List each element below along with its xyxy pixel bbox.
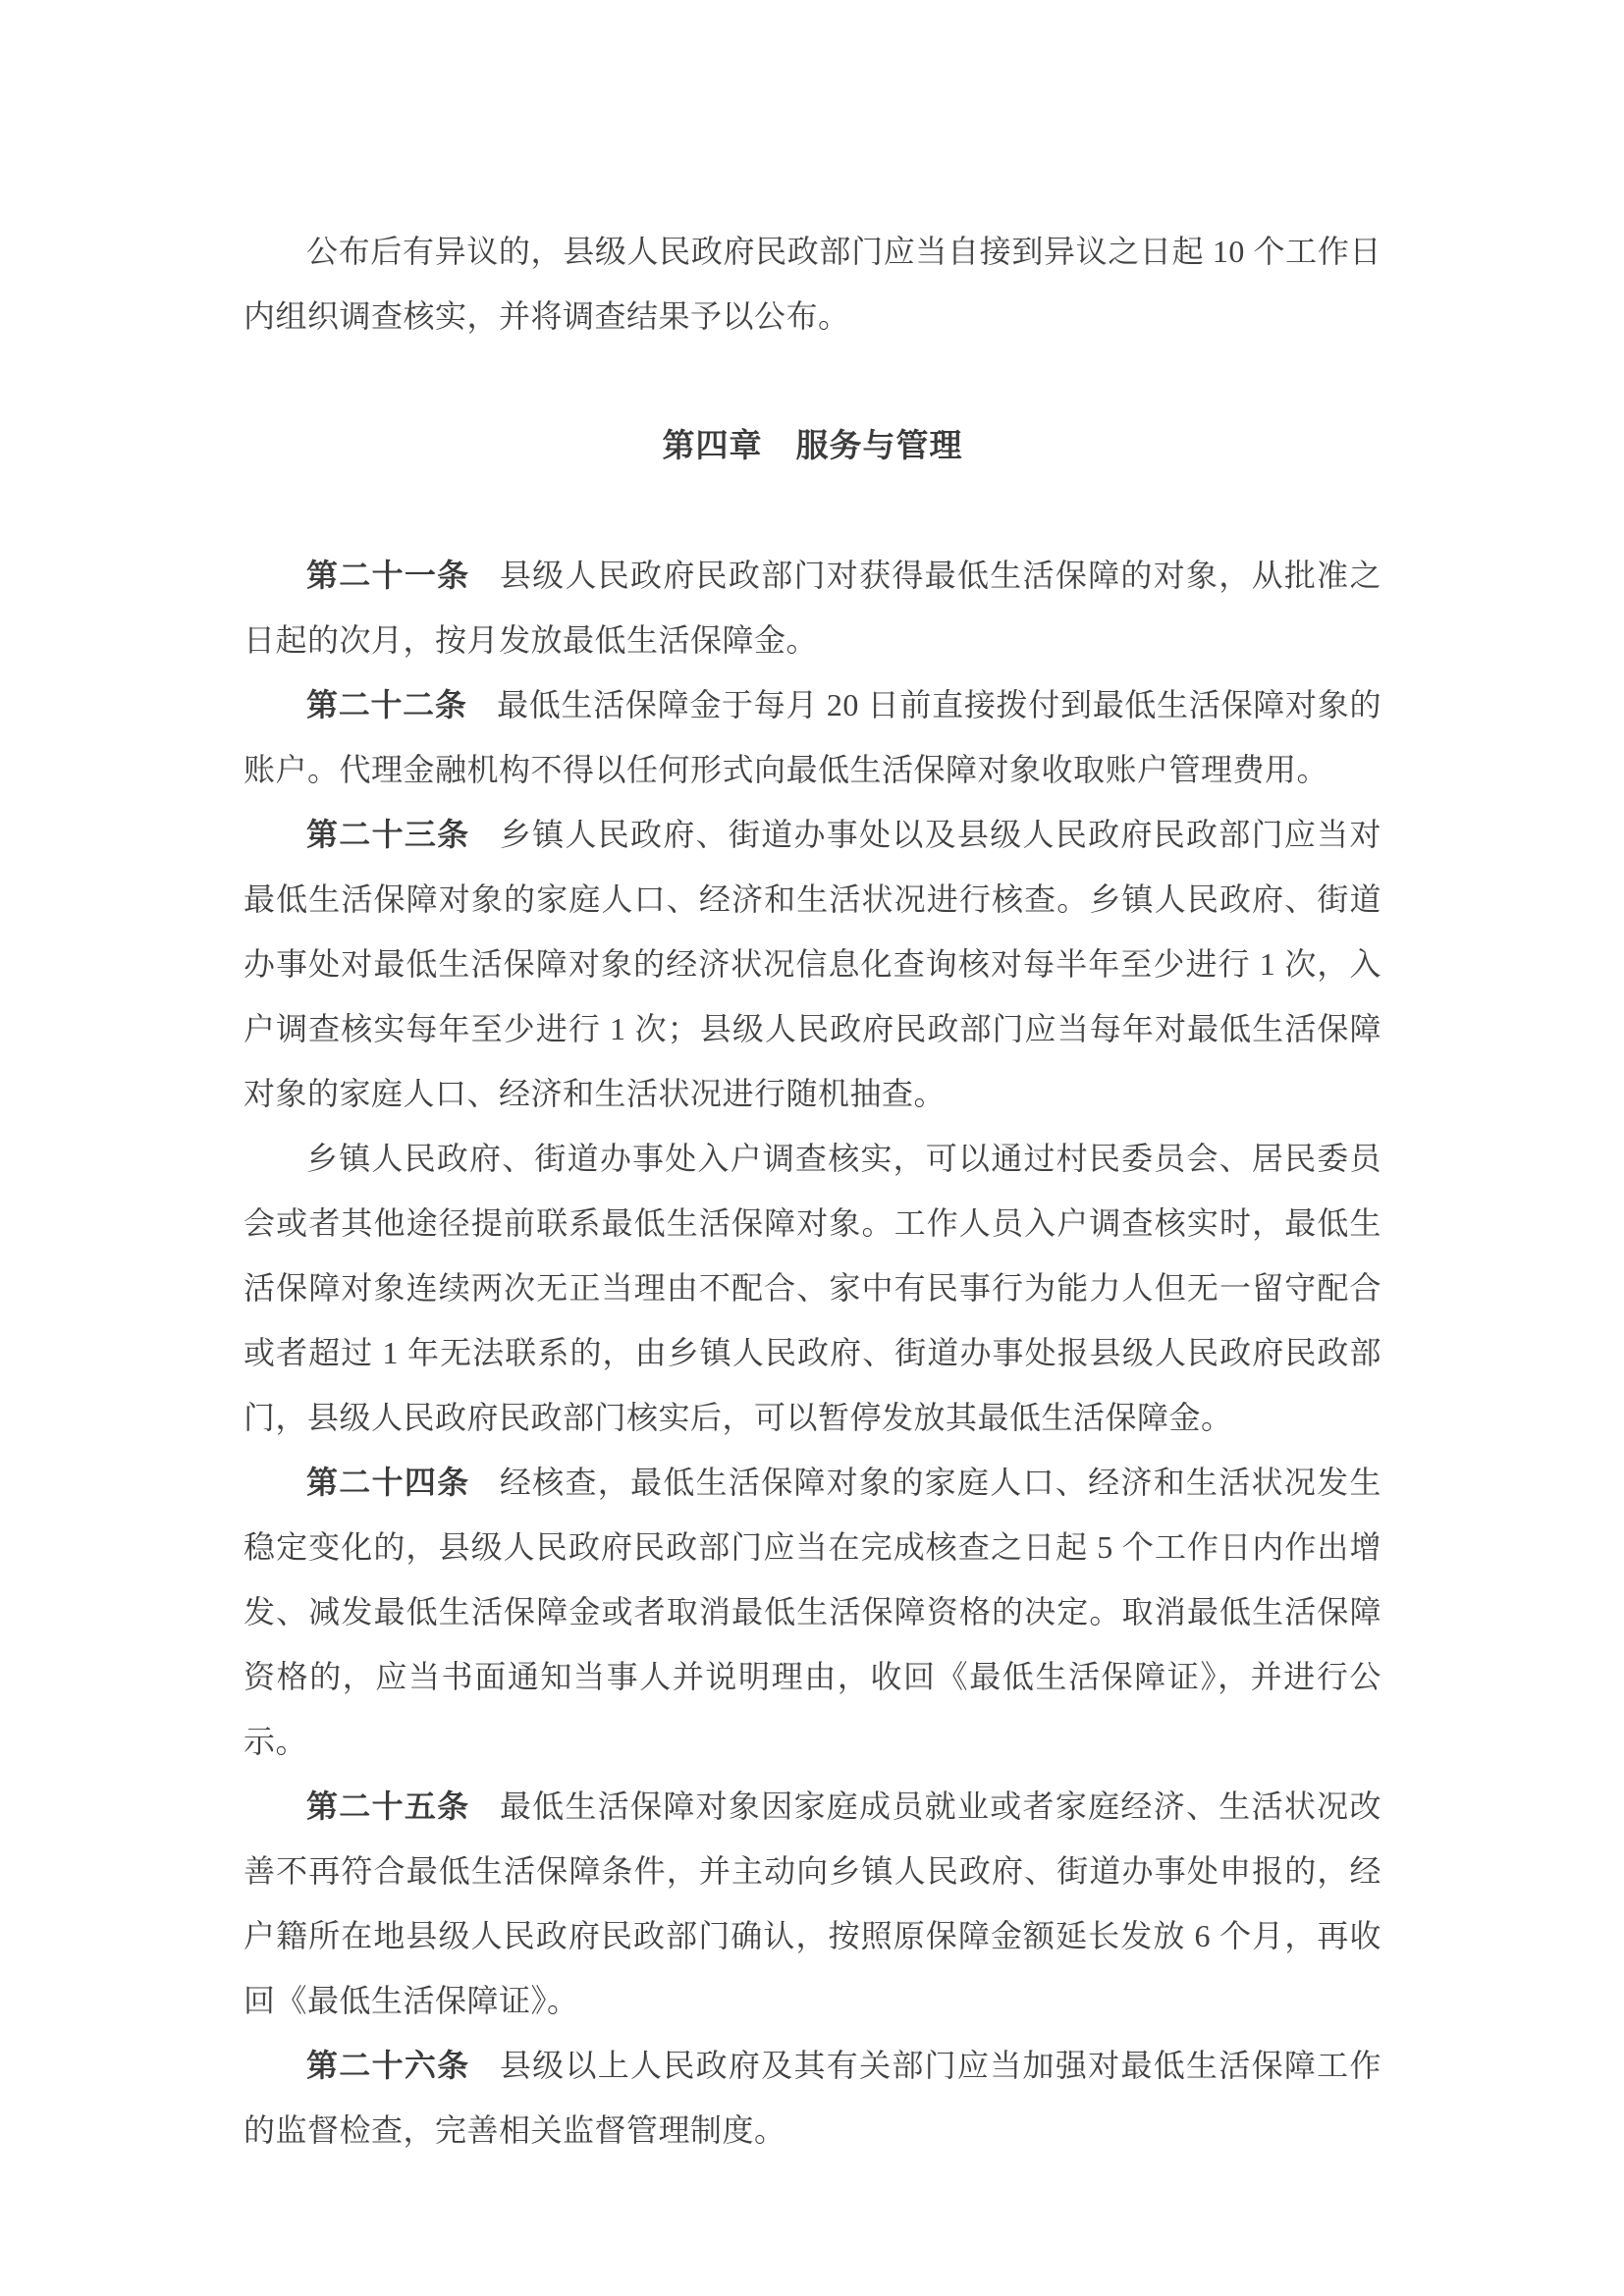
article-text: 乡镇人民政府、街道办事处以及县级人民政府民政部门应当对最低生活保障对象的家庭人口… [244,817,1381,1111]
articles-section: 第二十一条县级人民政府民政部门对获得最低生活保障的对象，从批准之日起的次月，按月… [244,543,1381,2163]
article-paragraph: 乡镇人民政府、街道办事处入户调查核实，可以通过村民委员会、居民委员会或者其他途径… [244,1126,1381,1450]
article-label: 第二十二条 [306,687,467,722]
article-paragraph: 第二十五条最低生活保障对象因家庭成员就业或者家庭经济、生活状况改善不再符合最低生… [244,1774,1381,2033]
chapter-heading: 第四章 服务与管理 [244,413,1381,478]
article-paragraph: 第二十六条县级以上人民政府及其有关部门应当加强对最低生活保障工作的监督检查，完善… [244,2033,1381,2163]
article-label: 第二十三条 [306,817,469,852]
intro-paragraph: 公布后有异议的，县级人民政府民政部门应当自接到异议之日起 10 个工作日内组织调… [244,219,1381,348]
article-label: 第二十一条 [306,558,469,593]
article-paragraph: 第二十一条县级人民政府民政部门对获得最低生活保障的对象，从批准之日起的次月，按月… [244,543,1381,672]
article-label: 第二十六条 [306,2048,469,2083]
article-paragraph: 第二十二条最低生活保障金于每月 20 日前直接拨付到最低生活保障对象的账户。代理… [244,672,1381,802]
article-label: 第二十四条 [306,1465,469,1500]
article-label: 第二十五条 [306,1789,469,1824]
article-paragraph: 第二十四条经核查，最低生活保障对象的家庭人口、经济和生活状况发生稳定变化的，县级… [244,1450,1381,1774]
article-text: 经核查，最低生活保障对象的家庭人口、经济和生活状况发生稳定变化的，县级人民政府民… [244,1465,1381,1759]
article-text: 乡镇人民政府、街道办事处入户调查核实，可以通过村民委员会、居民委员会或者其他途径… [244,1141,1381,1435]
document-page: 公布后有异议的，县级人民政府民政部门应当自接到异议之日起 10 个工作日内组织调… [0,0,1624,2296]
article-paragraph: 第二十三条乡镇人民政府、街道办事处以及县级人民政府民政部门应当对最低生活保障对象… [244,802,1381,1126]
